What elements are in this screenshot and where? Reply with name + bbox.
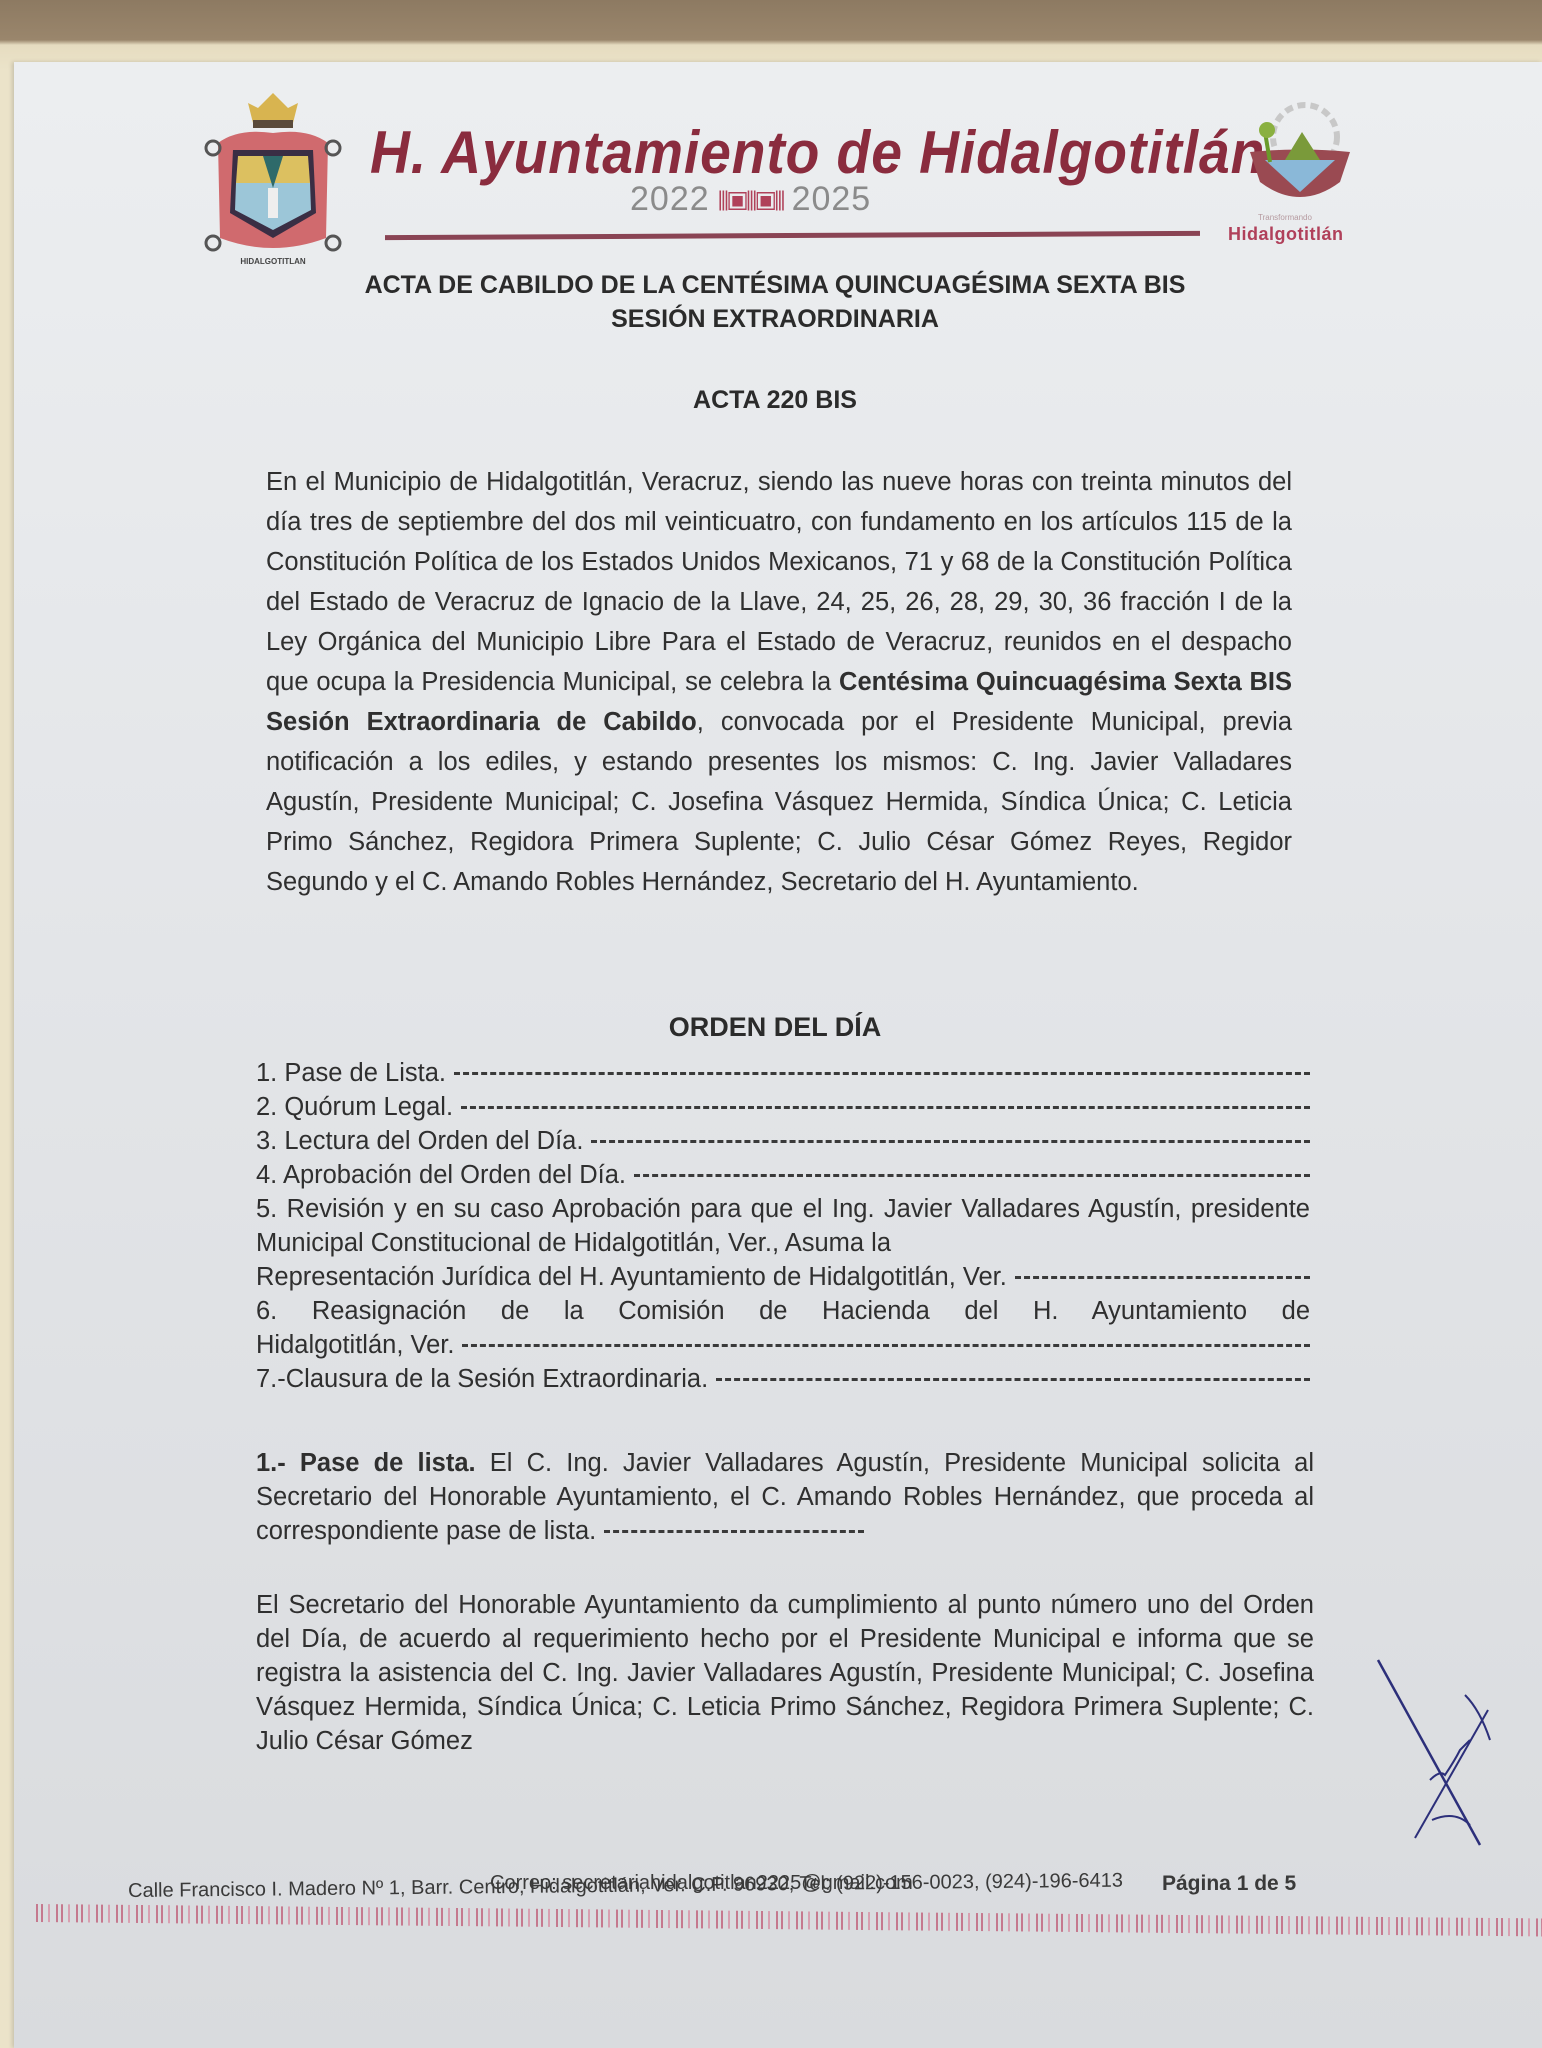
year-end: 2025: [792, 180, 872, 218]
agenda-item: 1. Pase de Lista.: [256, 1056, 1310, 1090]
acta-number: ACTA 220 BIS: [280, 386, 1270, 415]
document-title-line2: SESIÓN EXTRAORDINARIA: [280, 302, 1270, 336]
agenda-item: 4. Aprobación del Orden del Día.: [256, 1158, 1310, 1192]
agenda-item: 2. Quórum Legal.: [256, 1090, 1310, 1124]
document-title: ACTA DE CABILDO DE LA CENTÉSIMA QUINCUAG…: [280, 268, 1270, 336]
ornament-pattern-icon: ⦀▣⦀▣⦀: [710, 186, 792, 216]
intro-text-2: , convocada por el Presidente Municipal,…: [266, 708, 1292, 896]
agenda-item-text: 7.-Clausura de la Sesión Extraordinaria.: [256, 1362, 708, 1396]
dash-leader: [462, 1344, 1310, 1347]
logo-tagline: Transformando: [1258, 213, 1312, 222]
agenda-item-text: 3. Lectura del Orden del Día.: [256, 1124, 583, 1158]
intro-paragraph: En el Municipio de Hidalgotitlán, Veracr…: [266, 462, 1292, 902]
dash-leader: [1015, 1276, 1310, 1279]
agenda-item: 3. Lectura del Orden del Día.: [256, 1124, 1310, 1158]
punto-1-heading: 1.- Pase de lista.: [256, 1449, 476, 1477]
agenda-item: 6. Reasignación de la Comisión de Hacien…: [256, 1294, 1310, 1328]
svg-text:HIDALGOTITLAN: HIDALGOTITLAN: [240, 257, 306, 266]
orden-del-dia-list: 1. Pase de Lista. 2. Quórum Legal. 3. Le…: [256, 1056, 1310, 1396]
agenda-item-text: 1. Pase de Lista.: [256, 1056, 446, 1090]
year-start: 2022: [630, 180, 710, 218]
header-title: H. Ayuntamiento de Hidalgotitlán: [370, 118, 1265, 187]
punto-1-paragraph: 1.- Pase de lista. El C. Ing. Javier Val…: [256, 1446, 1314, 1548]
agenda-item-continuation: Hidalgotitlán, Ver.: [256, 1328, 1310, 1362]
agenda-item-text: Representación Jurídica del H. Ayuntamie…: [256, 1260, 1007, 1294]
agenda-item-text: 4. Aprobación del Orden del Día.: [256, 1158, 626, 1192]
handwritten-signature-icon: [1370, 1650, 1530, 1850]
agenda-item: 7.-Clausura de la Sesión Extraordinaria.: [256, 1362, 1310, 1396]
agenda-item-text: Hidalgotitlán, Ver.: [256, 1328, 454, 1362]
dash-leader: [591, 1140, 1310, 1143]
agenda-item: 5. Revisión y en su caso Aprobación para…: [256, 1192, 1310, 1260]
dash-leader: [634, 1174, 1310, 1177]
coat-of-arms-logo: HIDALGOTITLAN: [198, 88, 348, 268]
agenda-item-text: 2. Quórum Legal.: [256, 1090, 453, 1124]
agenda-item-continuation: Representación Jurídica del H. Ayuntamie…: [256, 1260, 1310, 1294]
header-years: 2022⦀▣⦀▣⦀2025: [630, 180, 871, 219]
logo-label: Hidalgotitlán: [1228, 224, 1344, 245]
orden-del-dia-title: ORDEN DEL DÍA: [280, 1012, 1270, 1043]
dash-leader: [461, 1106, 1310, 1109]
document-title-line1: ACTA DE CABILDO DE LA CENTÉSIMA QUINCUAG…: [280, 268, 1270, 302]
page-number: Página 1 de 5: [1162, 1872, 1296, 1896]
municipal-emblem-logo: [1240, 92, 1360, 212]
dash-leader: [454, 1072, 1310, 1075]
agenda-item-text: 5. Revisión y en su caso Aprobación para…: [256, 1195, 1310, 1257]
dash-leader: [604, 1530, 864, 1533]
agenda-item-text: 6. Reasignación de la Comisión de Hacien…: [256, 1297, 1310, 1325]
intro-text-1: En el Municipio de Hidalgotitlán, Veracr…: [266, 468, 1292, 696]
secretario-paragraph: El Secretario del Honorable Ayuntamiento…: [256, 1588, 1314, 1758]
dash-leader: [716, 1378, 1310, 1381]
